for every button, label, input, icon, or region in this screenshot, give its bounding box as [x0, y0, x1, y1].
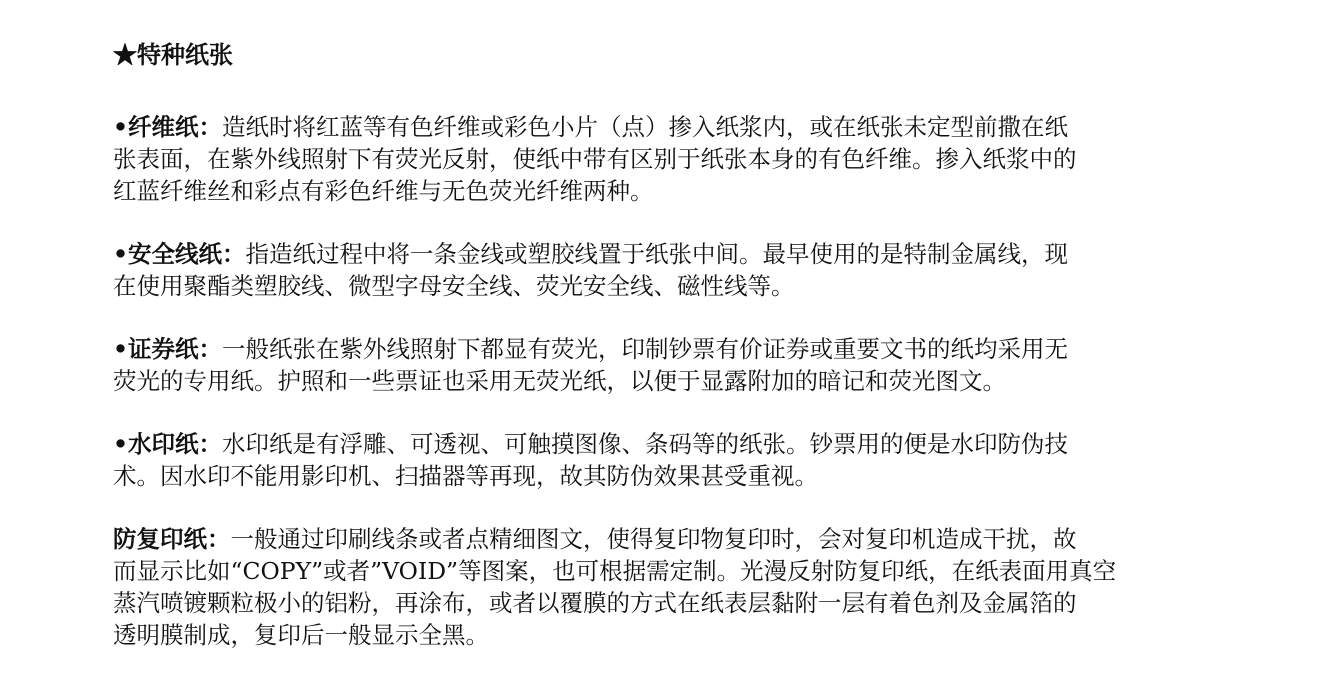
term-label: •证券纸：: [113, 335, 222, 363]
term-label: •纤维纸：: [113, 113, 222, 141]
document-page: ★特种纸张 •纤维纸：造纸时将红蓝等有色纤维或彩色小片（点）掺入纸浆内，或在纸张…: [113, 38, 1223, 651]
paragraph-line: 蒸汽喷镀颗粒极小的铝粉，再涂布，或者以覆膜的方式在纸表层黏附一层有着色剂及金属箔…: [113, 587, 1223, 619]
paragraph-line: 防复印纸：一般通过印刷线条或者点精细图文，使得复印物复印时，会对复印机造成干扰，…: [113, 523, 1223, 555]
paragraph-anti-copy-paper: 防复印纸：一般通过印刷线条或者点精细图文，使得复印物复印时，会对复印机造成干扰，…: [113, 523, 1223, 651]
paragraph-line: 张表面，在紫外线照射下有荧光反射，使纸中带有区别于纸张本身的有色纤维。掺入纸浆中…: [113, 143, 1223, 175]
line-text: 水印纸是有浮雕、可透视、可触摸图像、条码等的纸张。钞票用的便是水印防伪技: [222, 430, 1068, 458]
paragraph-line: 术。因水印不能用影印机、扫描器等再现，故其防伪效果甚受重视。: [113, 460, 1223, 492]
term-label: •安全线纸：: [113, 240, 246, 268]
term-label: •水印纸：: [113, 430, 222, 458]
term-label: 防复印纸：: [113, 525, 231, 553]
section-heading: ★特种纸张: [113, 38, 1223, 72]
paragraph-line: •水印纸：水印纸是有浮雕、可透视、可触摸图像、条码等的纸张。钞票用的便是水印防伪…: [113, 428, 1223, 460]
paragraph-line: 荧光的专用纸。护照和一些票证也采用无荧光纸，以便于显露附加的暗记和荧光图文。: [113, 365, 1223, 397]
paragraph-line: 透明膜制成，复印后一般显示全黑。: [113, 619, 1223, 651]
paragraph-line: 而显示比如“COPY”或者”VOID”等图案，也可根据需定制。光漫反射防复印纸，…: [113, 555, 1223, 587]
paragraph-line: •安全线纸：指造纸过程中将一条金线或塑胶线置于纸张中间。最早使用的是特制金属线，…: [113, 238, 1223, 270]
paragraph-line: 红蓝纤维丝和彩点有彩色纤维与无色荧光纤维两种。: [113, 175, 1223, 207]
line-text: 一般通过印刷线条或者点精细图文，使得复印物复印时，会对复印机造成干扰，故: [231, 525, 1077, 553]
paragraph-security-paper: •证券纸：一般纸张在紫外线照射下都显有荧光，印制钞票有价证券或重要文书的纸均采用…: [113, 333, 1223, 397]
paragraph-line: •证券纸：一般纸张在紫外线照射下都显有荧光，印制钞票有价证券或重要文书的纸均采用…: [113, 333, 1223, 365]
paragraph-line: 在使用聚酯类塑胶线、微型字母安全线、荧光安全线、磁性线等。: [113, 270, 1223, 302]
line-text: 一般纸张在紫外线照射下都显有荧光，印制钞票有价证券或重要文书的纸均采用无: [222, 335, 1068, 363]
line-text: 指造纸过程中将一条金线或塑胶线置于纸张中间。最早使用的是特制金属线，现: [246, 240, 1069, 268]
paragraph-fiber-paper: •纤维纸：造纸时将红蓝等有色纤维或彩色小片（点）掺入纸浆内，或在纸张未定型前撒在…: [113, 111, 1223, 207]
paragraph-line: •纤维纸：造纸时将红蓝等有色纤维或彩色小片（点）掺入纸浆内，或在纸张未定型前撒在…: [113, 111, 1223, 143]
line-text: 造纸时将红蓝等有色纤维或彩色小片（点）掺入纸浆内，或在纸张未定型前撒在纸: [222, 113, 1068, 141]
paragraph-watermark-paper: •水印纸：水印纸是有浮雕、可透视、可触摸图像、条码等的纸张。钞票用的便是水印防伪…: [113, 428, 1223, 492]
paragraph-security-thread-paper: •安全线纸：指造纸过程中将一条金线或塑胶线置于纸张中间。最早使用的是特制金属线，…: [113, 238, 1223, 302]
